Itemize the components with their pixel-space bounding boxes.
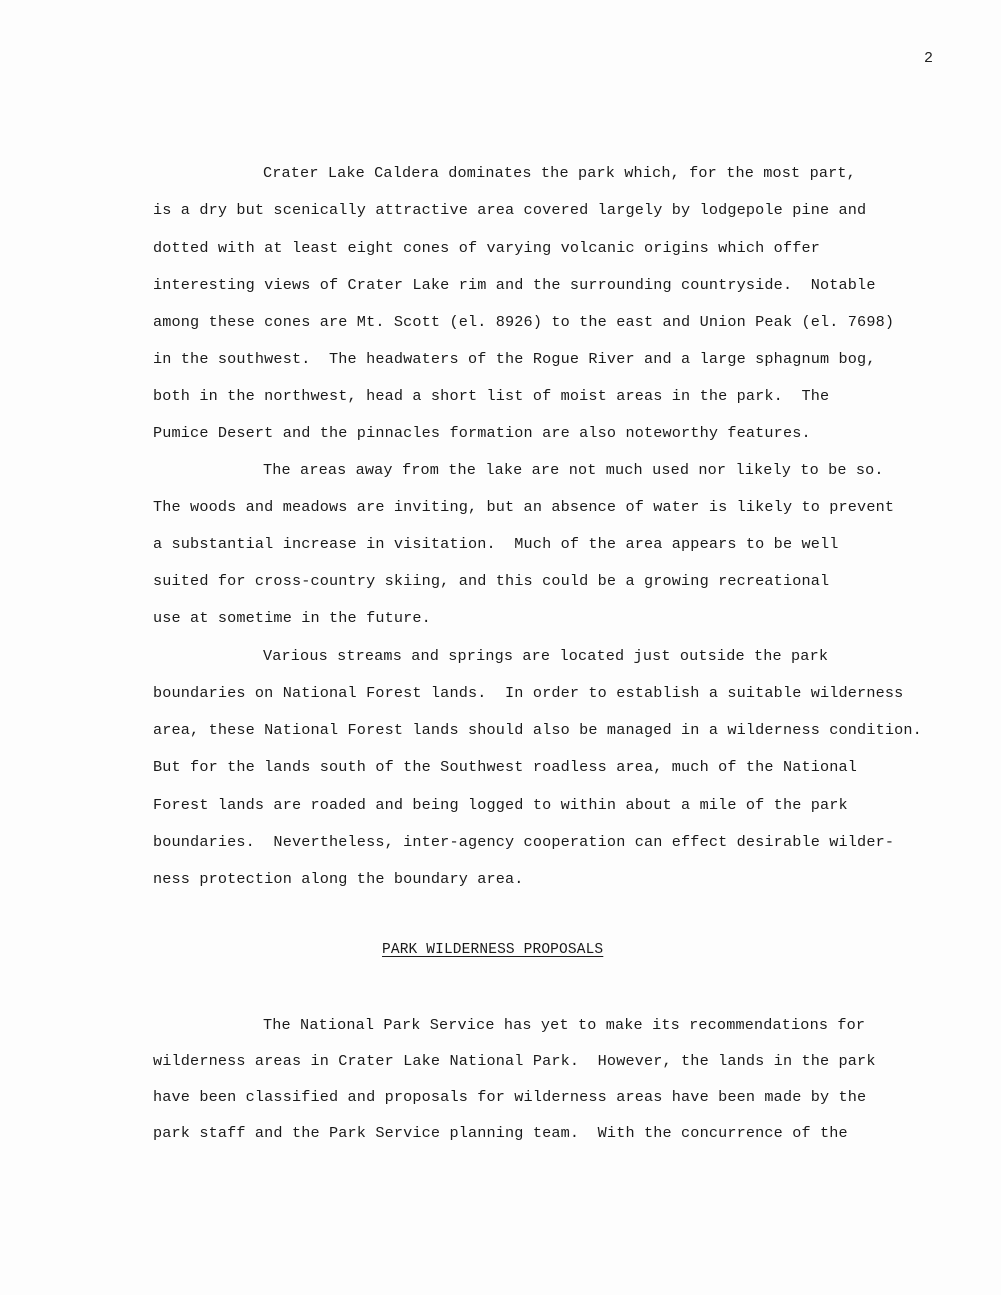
text-line: area, these National Forest lands should…: [153, 720, 922, 740]
text-line: suited for cross-country skiing, and thi…: [153, 571, 829, 591]
text-line: is a dry but scenically attractive area …: [153, 200, 866, 220]
text-line: Crater Lake Caldera dominates the park w…: [263, 163, 856, 183]
text-line: But for the lands south of the Southwest…: [153, 757, 857, 777]
text-line: The areas away from the lake are not muc…: [263, 460, 884, 480]
text-line: The woods and meadows are inviting, but …: [153, 497, 894, 517]
page-number: 2: [924, 50, 933, 67]
text-line: among these cones are Mt. Scott (el. 892…: [153, 312, 894, 332]
text-line: Various streams and springs are located …: [263, 646, 828, 666]
document-page: 2 Crater Lake Caldera dominates the park…: [0, 0, 1001, 1295]
text-line: have been classified and proposals for w…: [153, 1087, 866, 1107]
text-line: a substantial increase in visitation. Mu…: [153, 534, 839, 554]
text-line: boundaries on National Forest lands. In …: [153, 683, 903, 703]
text-line: boundaries. Nevertheless, inter-agency c…: [153, 832, 894, 852]
text-line: in the southwest. The headwaters of the …: [153, 349, 876, 369]
text-line: ness protection along the boundary area.: [153, 869, 524, 889]
text-line: interesting views of Crater Lake rim and…: [153, 275, 876, 295]
text-line: wilderness areas in Crater Lake National…: [153, 1051, 876, 1071]
text-line: park staff and the Park Service planning…: [153, 1123, 848, 1143]
section-heading: PARK WILDERNESS PROPOSALS: [382, 942, 603, 958]
text-line: use at sometime in the future.: [153, 608, 431, 628]
text-line: Forest lands are roaded and being logged…: [153, 795, 848, 815]
text-line: Pumice Desert and the pinnacles formatio…: [153, 423, 811, 443]
text-line: dotted with at least eight cones of vary…: [153, 238, 820, 258]
text-line: The National Park Service has yet to mak…: [263, 1015, 865, 1035]
text-line: both in the northwest, head a short list…: [153, 386, 829, 406]
